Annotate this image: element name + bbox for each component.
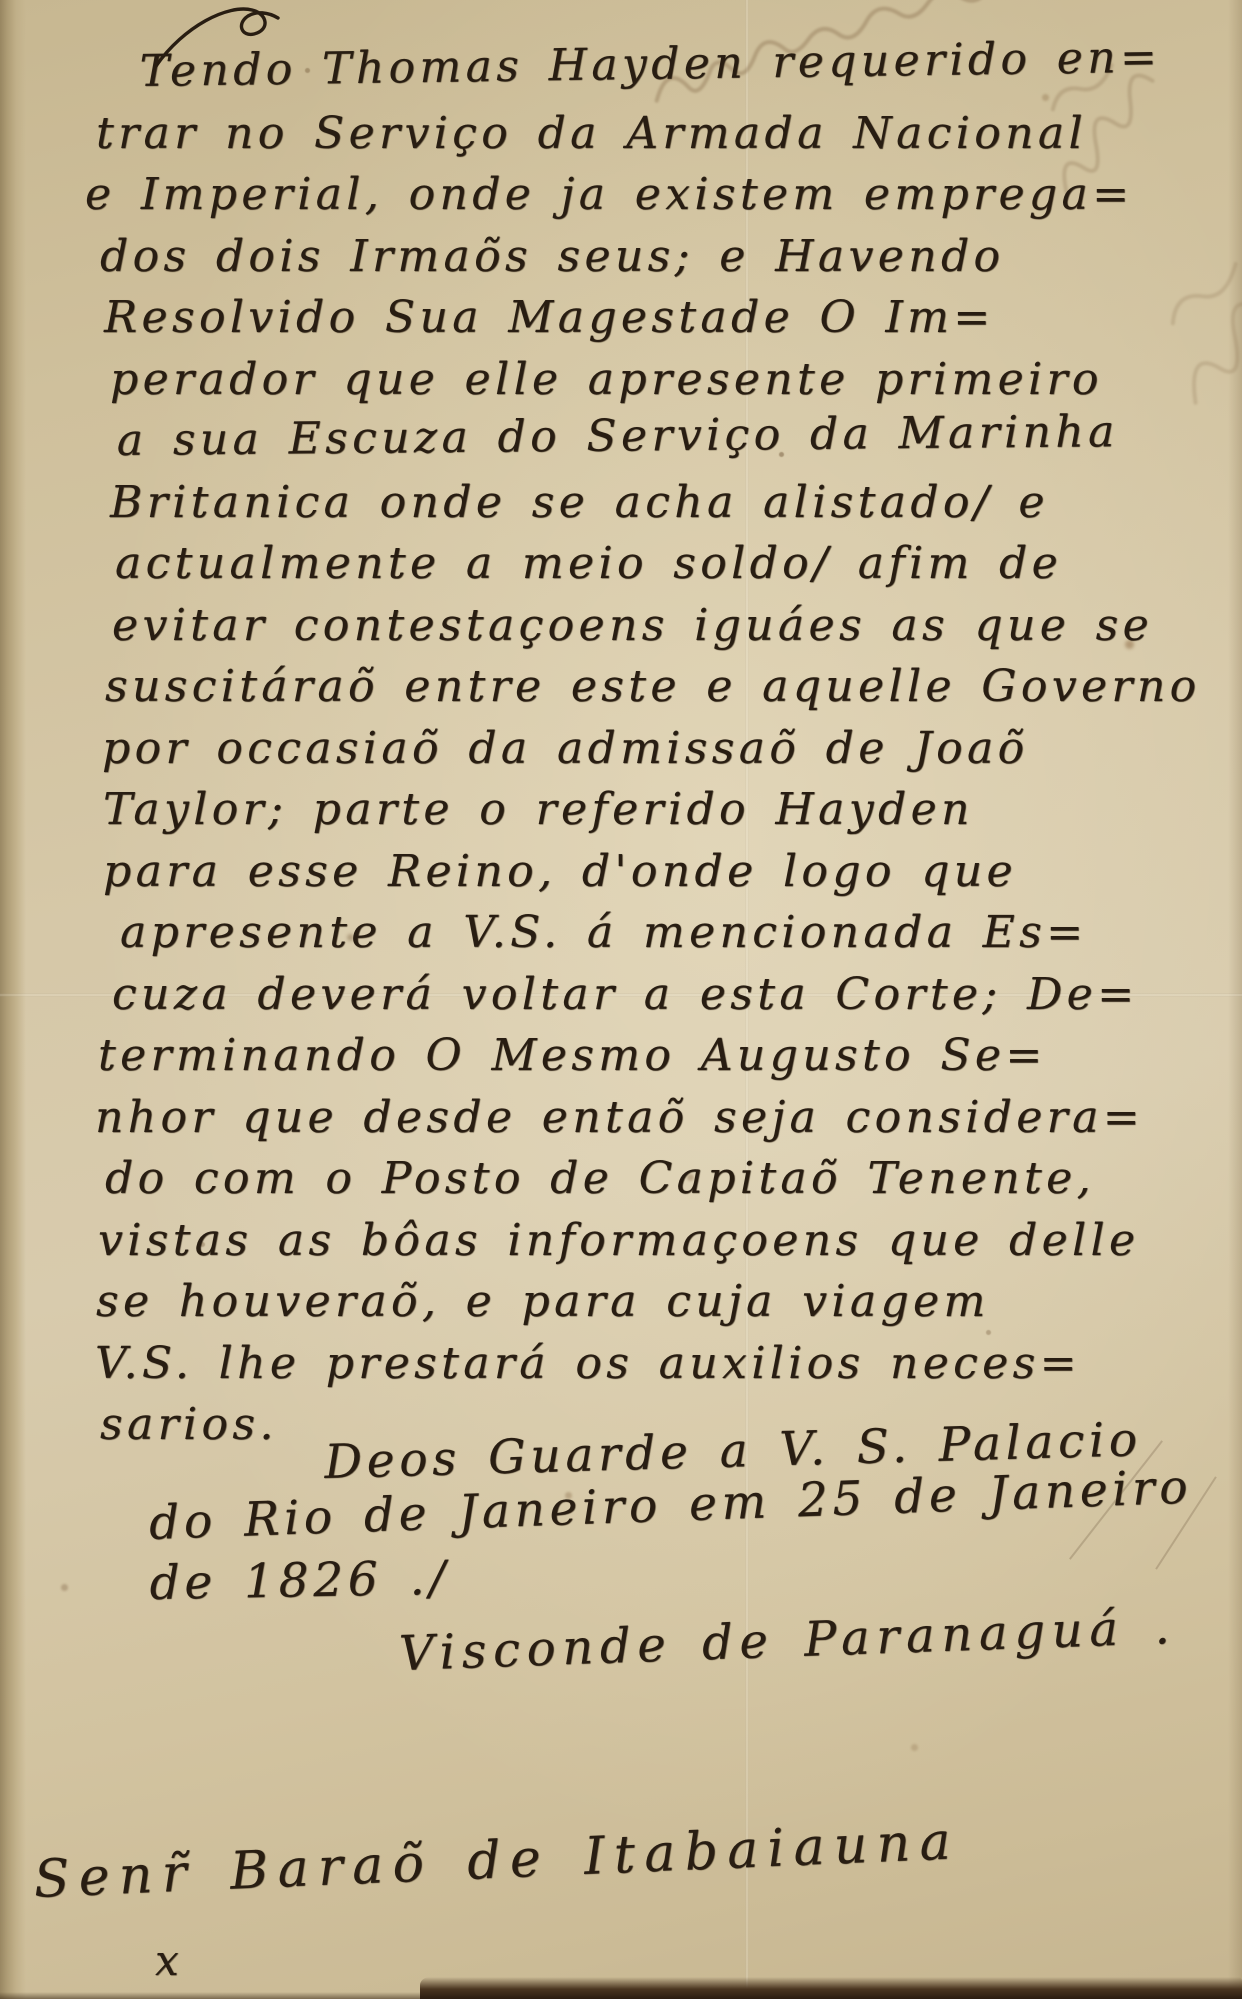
- manuscript-line: nhor que desde entaõ seja considera=: [95, 1094, 1144, 1142]
- manuscript-line: se houveraõ, e para cuja viagem: [96, 1278, 990, 1326]
- manuscript-line: Britanica onde se acha alistado/ e: [110, 479, 1049, 527]
- manuscript-line: para esse Reino, d'onde logo que: [103, 848, 1017, 896]
- manuscript-line: actualmente a meio soldo/ afim de: [115, 540, 1062, 588]
- manuscript-line: a sua Escuza do Serviço da Marinha: [117, 408, 1119, 465]
- manuscript-line: e Imperial, onde ja existem emprega=: [85, 171, 1133, 219]
- signature: Visconde de Paranaguá .: [398, 1601, 1177, 1681]
- manuscript-line: Taylor; parte o referido Hayden: [103, 786, 974, 834]
- manuscript-line: do com o Posto de Capitaõ Tenente,: [105, 1155, 1095, 1203]
- manuscript-line: trar no Serviço da Armada Nacional: [96, 110, 1087, 158]
- manuscript-line: evitar contestaçoens iguáes as que se: [112, 602, 1153, 650]
- manuscript-line: V.S. lhe prestará os auxilios neces=: [95, 1340, 1081, 1388]
- ink-bleedthrough-right: [1117, 216, 1242, 433]
- manuscript-line: vistas as bôas informaçoens que delle: [98, 1217, 1139, 1265]
- closing-line: de 1826 ./: [149, 1553, 450, 1610]
- manuscript-line: Resolvido Sua Magestade O Im=: [104, 294, 995, 342]
- manuscript-line: por occasiaõ da admissaõ de Joaõ: [102, 725, 1029, 773]
- manuscript-line: cuza deverá voltar a esta Corte; De=: [112, 971, 1138, 1019]
- manuscript-line: sarios.: [100, 1401, 278, 1449]
- bottom-scan-edge: [420, 1977, 1242, 1999]
- paper-stains: [0, 0, 5, 5]
- postscript-mark: x: [155, 1938, 183, 1984]
- manuscript-line: perador que elle apresente primeiro: [110, 356, 1103, 404]
- manuscript-line: suscitáraõ entre este e aquelle Governo: [105, 663, 1200, 711]
- manuscript-page: Tendo Thomas Hayden requerido en= trar n…: [0, 0, 1242, 1999]
- page-left-edge: [0, 0, 26, 1999]
- manuscript-line: terminando O Mesmo Augusto Se=: [98, 1032, 1047, 1080]
- addressee-line: Senr̃ Baraõ de Itabaiauna: [33, 1813, 961, 1909]
- manuscript-line: dos dois Irmaõs seus; e Havendo: [100, 233, 1004, 281]
- manuscript-line: apresente a V.S. á mencionada Es=: [120, 909, 1087, 957]
